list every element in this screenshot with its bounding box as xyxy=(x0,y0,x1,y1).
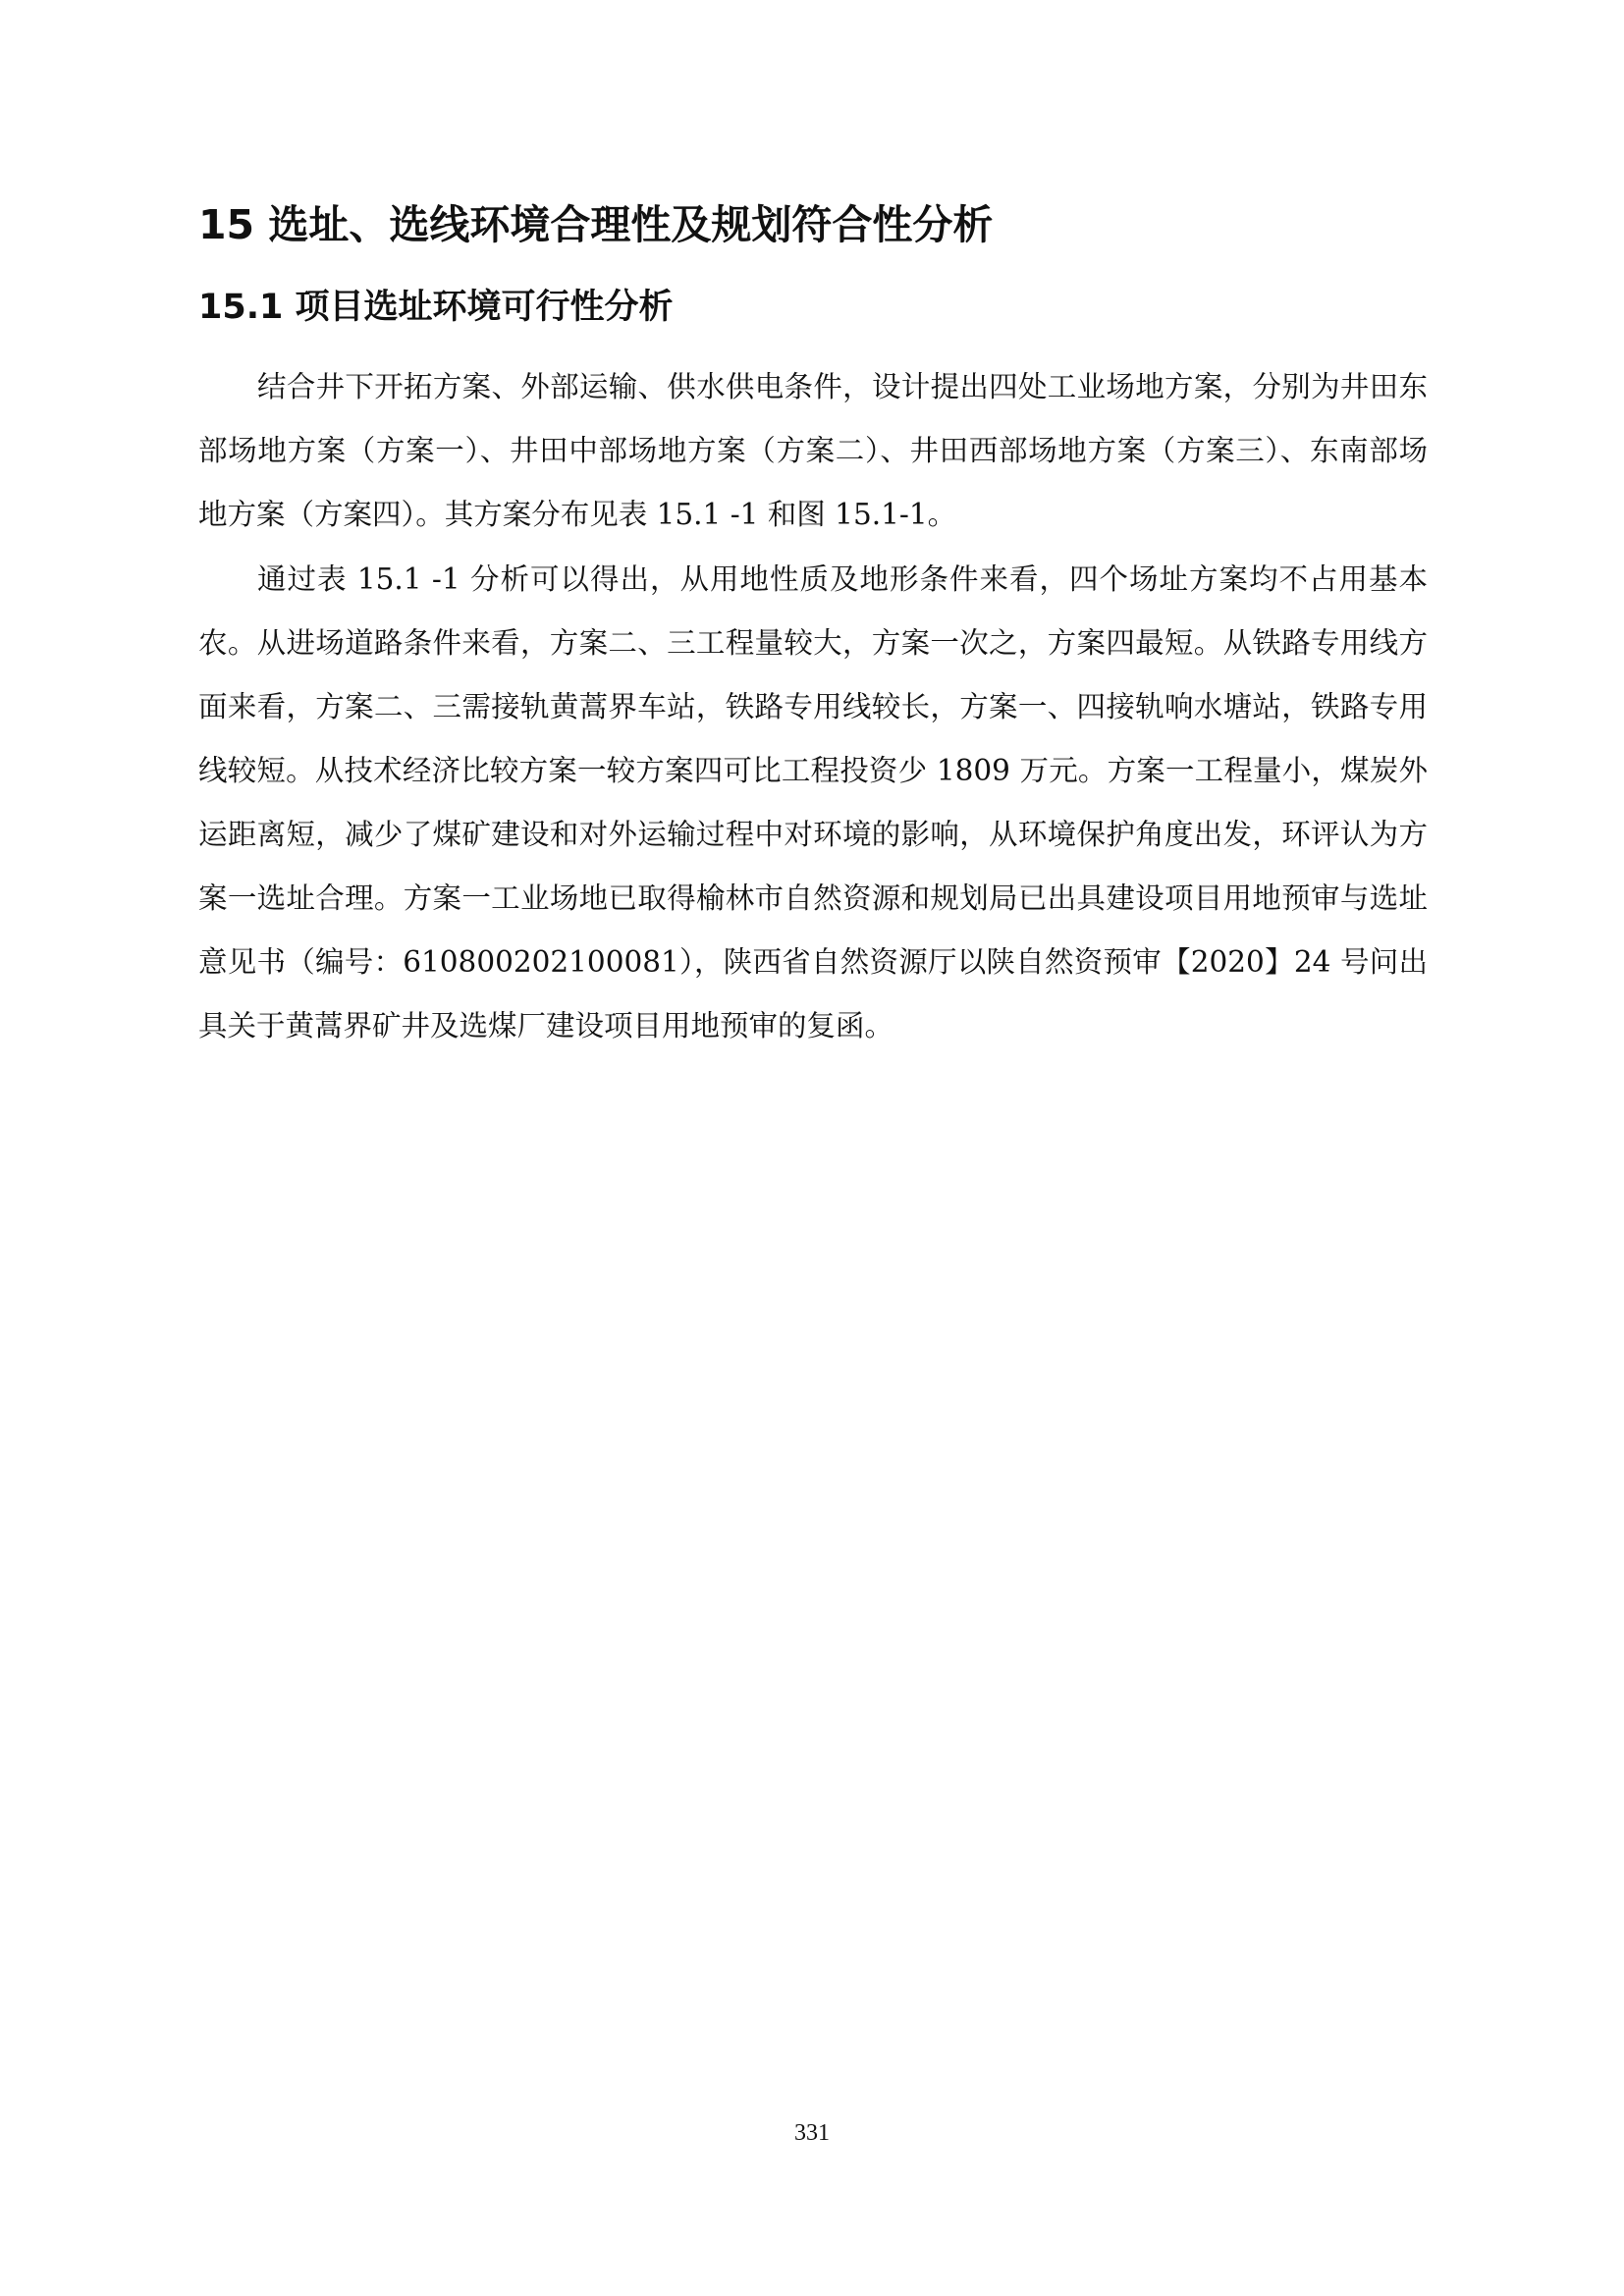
paragraph-site-options: 结合井下开拓方案、外部运输、供水供电条件，设计提出四处工业场地方案，分别为井田东… xyxy=(198,355,1428,547)
page-number: 331 xyxy=(0,2118,1624,2148)
chapter-heading: 15 选址、选线环境合理性及规划符合性分析 xyxy=(198,199,993,250)
paragraph-site-analysis: 通过表 15.1 -1 分析可以得出，从用地性质及地形条件来看，四个场址方案均不… xyxy=(198,548,1428,1058)
section-heading: 15.1 项目选址环境可行性分析 xyxy=(198,285,674,330)
